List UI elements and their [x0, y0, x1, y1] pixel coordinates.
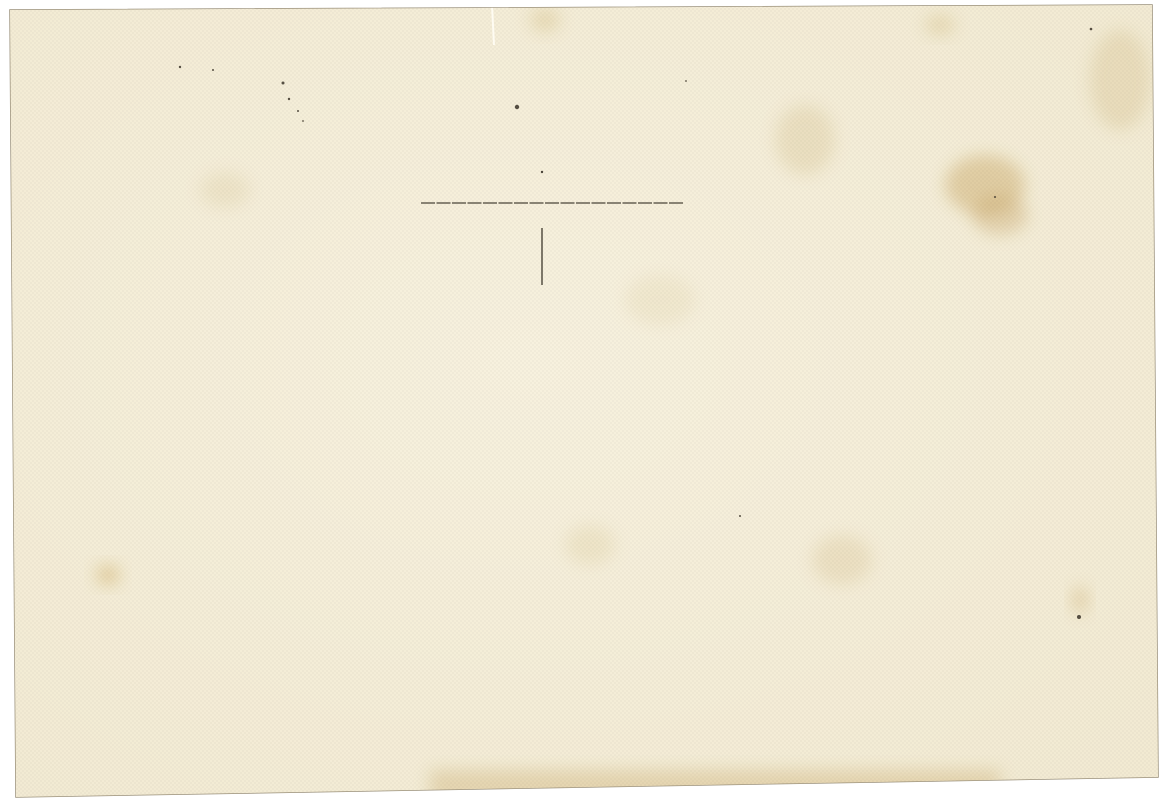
speck [1077, 615, 1081, 619]
speck [282, 82, 285, 85]
speck [1090, 28, 1093, 31]
speck [297, 110, 299, 112]
speck [994, 196, 996, 198]
speck [288, 98, 290, 100]
speck [302, 120, 304, 122]
speck [212, 69, 214, 71]
speck [515, 105, 519, 109]
speck [685, 80, 687, 82]
paper-texture [0, 0, 1168, 800]
postcard-back [0, 0, 1168, 800]
card [0, 0, 1168, 800]
divider-dot [541, 171, 543, 173]
image-canvas [0, 0, 1168, 800]
speck [179, 66, 181, 68]
speck [739, 515, 741, 517]
